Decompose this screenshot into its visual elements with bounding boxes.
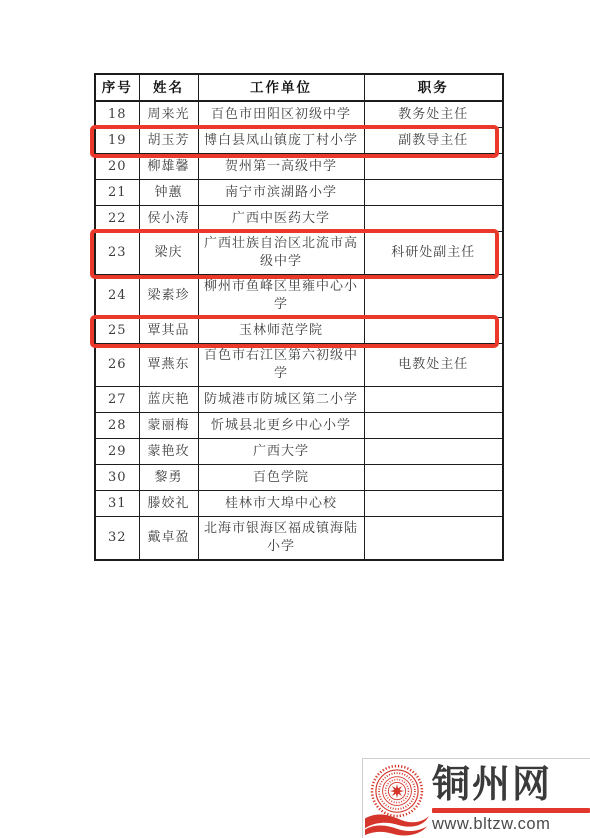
cell-name: 戴卓盈	[139, 517, 198, 561]
cell-title	[364, 318, 503, 344]
table-row: 20柳雄馨贺州第一高级中学	[95, 154, 503, 180]
cell-title	[364, 154, 503, 180]
col-header-unit: 工作单位	[198, 74, 364, 101]
cell-unit: 广西中医药大学	[198, 206, 364, 232]
col-header-title: 职务	[364, 74, 503, 101]
cell-title	[364, 206, 503, 232]
cell-name: 梁素珍	[139, 275, 198, 318]
cell-unit: 忻城县北更乡中心小学	[198, 413, 364, 439]
cell-no: 28	[95, 413, 139, 439]
cell-unit: 广西大学	[198, 439, 364, 465]
cell-name: 滕姣礼	[139, 491, 198, 517]
cell-unit: 防城港市防城区第二小学	[198, 387, 364, 413]
cell-no: 22	[95, 206, 139, 232]
col-header-name: 姓名	[139, 74, 198, 101]
table-row: 25覃其品玉林师范学院	[95, 318, 503, 344]
cell-no: 20	[95, 154, 139, 180]
cell-unit: 百色市右江区第六初级中学	[198, 344, 364, 387]
table-row: 26覃燕东百色市右江区第六初级中学电教处主任	[95, 344, 503, 387]
cell-no: 26	[95, 344, 139, 387]
cell-no: 27	[95, 387, 139, 413]
cell-name: 钟蕙	[139, 180, 198, 206]
site-url: www.bltzw.com	[432, 815, 590, 834]
cell-title	[364, 275, 503, 318]
award-table: 序号 姓名 工作单位 职务 18周来光百色市田阳区初级中学教务处主任19胡玉芳博…	[94, 73, 504, 561]
cell-unit: 百色市田阳区初级中学	[198, 101, 364, 128]
cell-no: 31	[95, 491, 139, 517]
cell-name: 蓝庆艳	[139, 387, 198, 413]
cell-unit: 柳州市鱼峰区里雍中心小学	[198, 275, 364, 318]
cell-name: 梁庆	[139, 232, 198, 275]
cell-no: 21	[95, 180, 139, 206]
cell-title	[364, 387, 503, 413]
cell-name: 胡玉芳	[139, 128, 198, 154]
cell-no: 18	[95, 101, 139, 128]
cell-title: 科研处副主任	[364, 232, 503, 275]
cell-no: 29	[95, 439, 139, 465]
cell-name: 黎勇	[139, 465, 198, 491]
page: 序号 姓名 工作单位 职务 18周来光百色市田阳区初级中学教务处主任19胡玉芳博…	[0, 0, 590, 838]
cell-name: 周来光	[139, 101, 198, 128]
cell-name: 柳雄馨	[139, 154, 198, 180]
cell-unit: 南宁市滨湖路小学	[198, 180, 364, 206]
site-watermark-text: 铜州网 www.bltzw.com	[432, 766, 590, 834]
cell-title: 副教导主任	[364, 128, 503, 154]
cell-name: 蒙丽梅	[139, 413, 198, 439]
cell-name: 覃燕东	[139, 344, 198, 387]
cell-no: 23	[95, 232, 139, 275]
table-row: 23梁庆广西壮族自治区北流市高级中学科研处副主任	[95, 232, 503, 275]
cell-unit: 贺州第一高级中学	[198, 154, 364, 180]
red-divider	[432, 808, 590, 813]
cell-unit: 博白县凤山镇庞丁村小学	[198, 128, 364, 154]
cell-title	[364, 517, 503, 561]
cell-unit: 北海市银海区福成镇海陆小学	[198, 517, 364, 561]
cell-name: 蒙艳玫	[139, 439, 198, 465]
table-body: 18周来光百色市田阳区初级中学教务处主任19胡玉芳博白县凤山镇庞丁村小学副教导主…	[95, 101, 503, 560]
table-row: 30黎勇百色学院	[95, 465, 503, 491]
table-row: 18周来光百色市田阳区初级中学教务处主任	[95, 101, 503, 128]
table-row: 32戴卓盈北海市银海区福成镇海陆小学	[95, 517, 503, 561]
cell-title	[364, 491, 503, 517]
cell-no: 24	[95, 275, 139, 318]
cell-no: 19	[95, 128, 139, 154]
cell-title	[364, 465, 503, 491]
site-name: 铜州网	[432, 766, 590, 805]
table-row: 29蒙艳玫广西大学	[95, 439, 503, 465]
cell-no: 32	[95, 517, 139, 561]
cell-title: 电教处主任	[364, 344, 503, 387]
table-row: 19胡玉芳博白县凤山镇庞丁村小学副教导主任	[95, 128, 503, 154]
cell-name: 覃其品	[139, 318, 198, 344]
cell-no: 30	[95, 465, 139, 491]
cell-title	[364, 180, 503, 206]
table-header-row: 序号 姓名 工作单位 职务	[95, 74, 503, 101]
col-header-no: 序号	[95, 74, 139, 101]
site-logo-icon	[365, 762, 429, 838]
cell-unit: 桂林市大埠中心校	[198, 491, 364, 517]
table-row: 24梁素珍柳州市鱼峰区里雍中心小学	[95, 275, 503, 318]
cell-title: 教务处主任	[364, 101, 503, 128]
cell-title	[364, 413, 503, 439]
cell-unit: 百色学院	[198, 465, 364, 491]
cell-title	[364, 439, 503, 465]
table-row: 21钟蕙南宁市滨湖路小学	[95, 180, 503, 206]
table-row: 22侯小涛广西中医药大学	[95, 206, 503, 232]
cell-name: 侯小涛	[139, 206, 198, 232]
table-row: 31滕姣礼桂林市大埠中心校	[95, 491, 503, 517]
table-row: 27蓝庆艳防城港市防城区第二小学	[95, 387, 503, 413]
table-row: 28蒙丽梅忻城县北更乡中心小学	[95, 413, 503, 439]
cell-no: 25	[95, 318, 139, 344]
site-watermark: 铜州网 www.bltzw.com	[362, 758, 590, 838]
cell-unit: 玉林师范学院	[198, 318, 364, 344]
cell-unit: 广西壮族自治区北流市高级中学	[198, 232, 364, 275]
